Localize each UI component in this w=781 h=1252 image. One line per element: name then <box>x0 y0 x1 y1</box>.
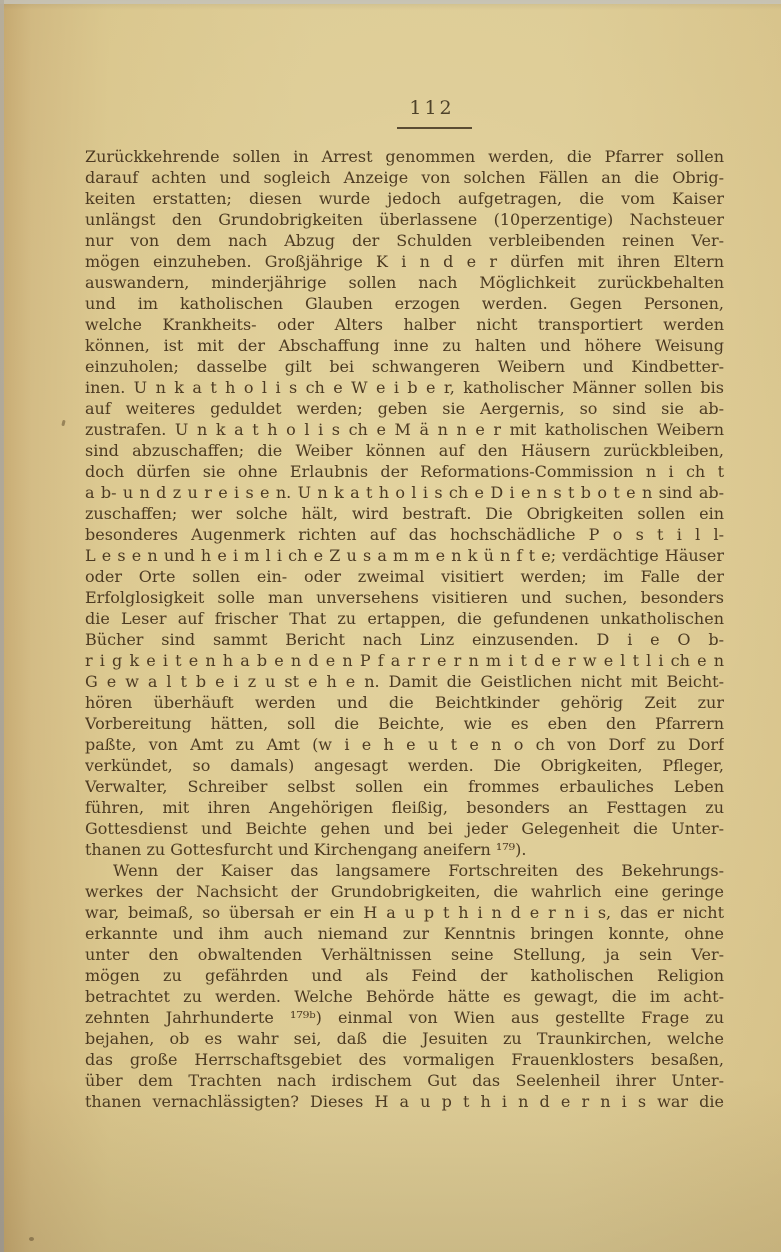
scan-top-edge <box>0 0 781 4</box>
text-line: einzuholen; dasselbe gilt bei schwangere… <box>85 356 724 377</box>
text-line: inen. U n k a t h o l i s ch e W e i b e… <box>85 377 724 398</box>
text-line: bejahen, ob es wahr sei, daß die Jesuite… <box>85 1028 724 1049</box>
text-line: Gottesdienst und Beichte gehen und bei j… <box>85 818 724 839</box>
text-line: a b- u n d z u r e i s e n. U n k a t h … <box>85 482 724 503</box>
scanned-book-page: 112 Zurückkehrende sollen in Arrest geno… <box>0 0 781 1252</box>
text-line: nur von dem nach Abzug der Schulden verb… <box>85 230 724 251</box>
text-line: Erfolglosigkeit solle man unversehens vi… <box>85 587 724 608</box>
text-line: unter den obwaltenden Verhältnissen sein… <box>85 944 724 965</box>
text-line: verkündet, so damals) angesagt werden. D… <box>85 755 724 776</box>
text-line: war, beimaß, so übersah er ein H a u p t… <box>85 902 724 923</box>
text-line: und im katholischen Glauben erzogen werd… <box>85 293 724 314</box>
text-line: betrachtet zu werden. Welche Behörde hät… <box>85 986 724 1007</box>
text-line: L e s e n und h e i m l i ch e Z u s a m… <box>85 545 724 566</box>
text-line: auswandern, minderjährige sollen nach Mö… <box>85 272 724 293</box>
text-line: werkes der Nachsicht der Grundobrigkeite… <box>85 881 724 902</box>
text-line: hören überhäuft werden und die Beichtkin… <box>85 692 724 713</box>
text-line: erkannte und ihm auch niemand zur Kenntn… <box>85 923 724 944</box>
text-line: thanen vernachlässigten? Dieses H a u p … <box>85 1091 724 1112</box>
text-line: r i g k e i t e n h a b e n d e n P f a … <box>85 650 724 671</box>
scan-left-edge <box>0 0 4 1252</box>
text-line: G e w a l t b e i z u st e h e n. Damit … <box>85 671 724 692</box>
text-block: Zurückkehrende sollen in Arrest genommen… <box>85 146 724 1112</box>
text-line: zehnten Jahrhunderte ¹⁷⁹ᵇ) einmal von Wi… <box>85 1007 724 1028</box>
page-number-rule <box>397 127 472 129</box>
text-line: darauf achten und sogleich Anzeige von s… <box>85 167 724 188</box>
paper-speck <box>29 1237 34 1241</box>
text-line: keiten erstatten; diesen wurde jedoch au… <box>85 188 724 209</box>
text-line: welche Krankheits- oder Alters halber ni… <box>85 314 724 335</box>
text-line: führen, mit ihren Angehörigen fleißig, b… <box>85 797 724 818</box>
text-line: Vorbereitung hätten, soll die Beichte, w… <box>85 713 724 734</box>
text-line: Wenn der Kaiser das langsamere Fortschre… <box>85 860 724 881</box>
text-line: oder Orte sollen ein- oder zweimal visit… <box>85 566 724 587</box>
text-line: Bücher sind sammt Bericht nach Linz einz… <box>85 629 724 650</box>
text-line: paßte, von Amt zu Amt (w i e h e u t e n… <box>85 734 724 755</box>
text-line: unlängst den Grundobrigkeiten überlassen… <box>85 209 724 230</box>
text-line: Verwalter, Schreiber selbst sollen ein f… <box>85 776 724 797</box>
text-line: das große Herrschaftsgebiet des vormalig… <box>85 1049 724 1070</box>
text-line: über dem Trachten nach irdischem Gut das… <box>85 1070 724 1091</box>
text-line: Zurückkehrende sollen in Arrest genommen… <box>85 146 724 167</box>
text-line: thanen zu Gottesfurcht und Kirchengang a… <box>85 839 724 860</box>
text-line: auf weiteres geduldet werden; geben sie … <box>85 398 724 419</box>
text-line: können, ist mit der Abschaffung inne zu … <box>85 335 724 356</box>
text-line: die Leser auf frischer That zu ertappen,… <box>85 608 724 629</box>
text-line: besonderes Augenmerk richten auf das hoc… <box>85 524 724 545</box>
text-line: mögen zu gefährden und als Feind der kat… <box>85 965 724 986</box>
text-line: doch dürfen sie ohne Erlaubnis der Refor… <box>85 461 724 482</box>
text-line: sind abzuschaffen; die Weiber können auf… <box>85 440 724 461</box>
text-line: zuschaffen; wer solche hält, wird bestra… <box>85 503 724 524</box>
page-number: 112 <box>352 97 512 119</box>
text-line: mögen einzuheben. Großjährige K i n d e … <box>85 251 724 272</box>
paper-speck <box>61 420 65 427</box>
text-line: zustrafen. U n k a t h o l i s ch e M ä … <box>85 419 724 440</box>
